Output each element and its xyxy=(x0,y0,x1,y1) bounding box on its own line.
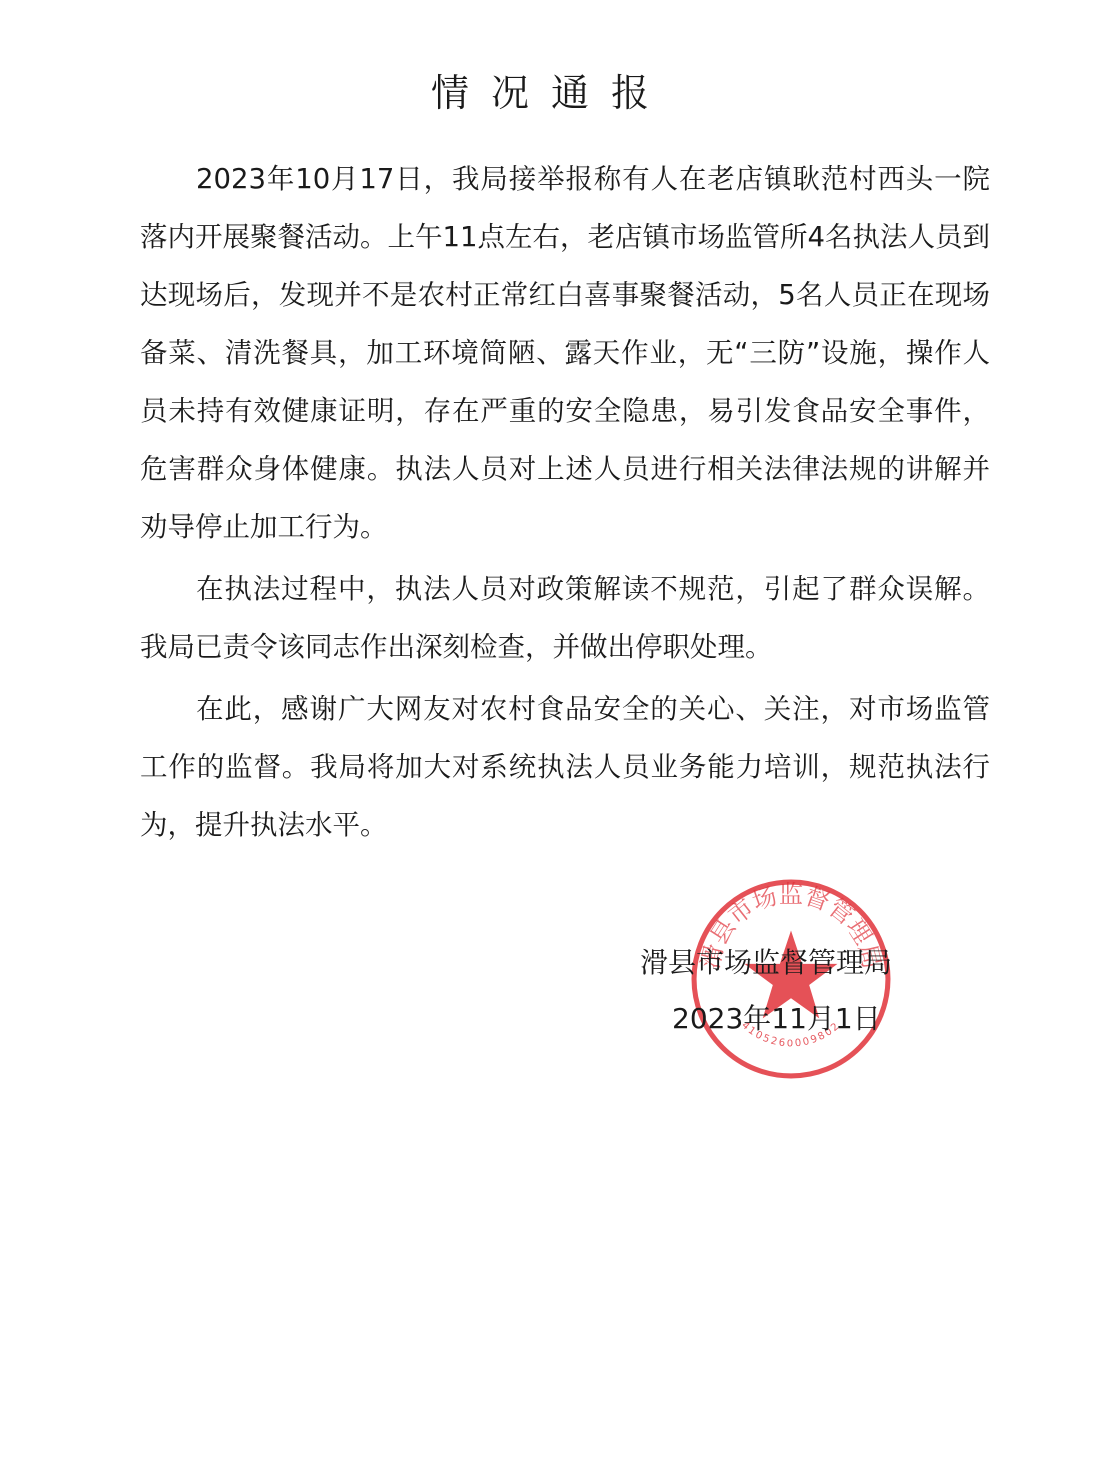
document-body: 2023年10月17日，我局接举报称有人在老店镇耿范村西头一院落内开展聚餐活动。… xyxy=(140,150,990,854)
signature-block: 滑县市场监督管理局 2023年11月1日 xyxy=(640,935,892,1047)
signing-organization: 滑县市场监督管理局 xyxy=(640,935,892,991)
signing-date: 2023年11月1日 xyxy=(640,991,892,1047)
paragraph-handling: 在执法过程中，执法人员对政策解读不规范，引起了群众误解。我局已责令该同志作出深刻… xyxy=(140,560,990,676)
document-title: 情况通报 xyxy=(0,62,1102,117)
paragraph-thanks: 在此，感谢广大网友对农村食品安全的关心、关注，对市场监管工作的监督。我局将加大对… xyxy=(140,680,990,854)
paragraph-incident: 2023年10月17日，我局接举报称有人在老店镇耿范村西头一院落内开展聚餐活动。… xyxy=(140,150,990,556)
